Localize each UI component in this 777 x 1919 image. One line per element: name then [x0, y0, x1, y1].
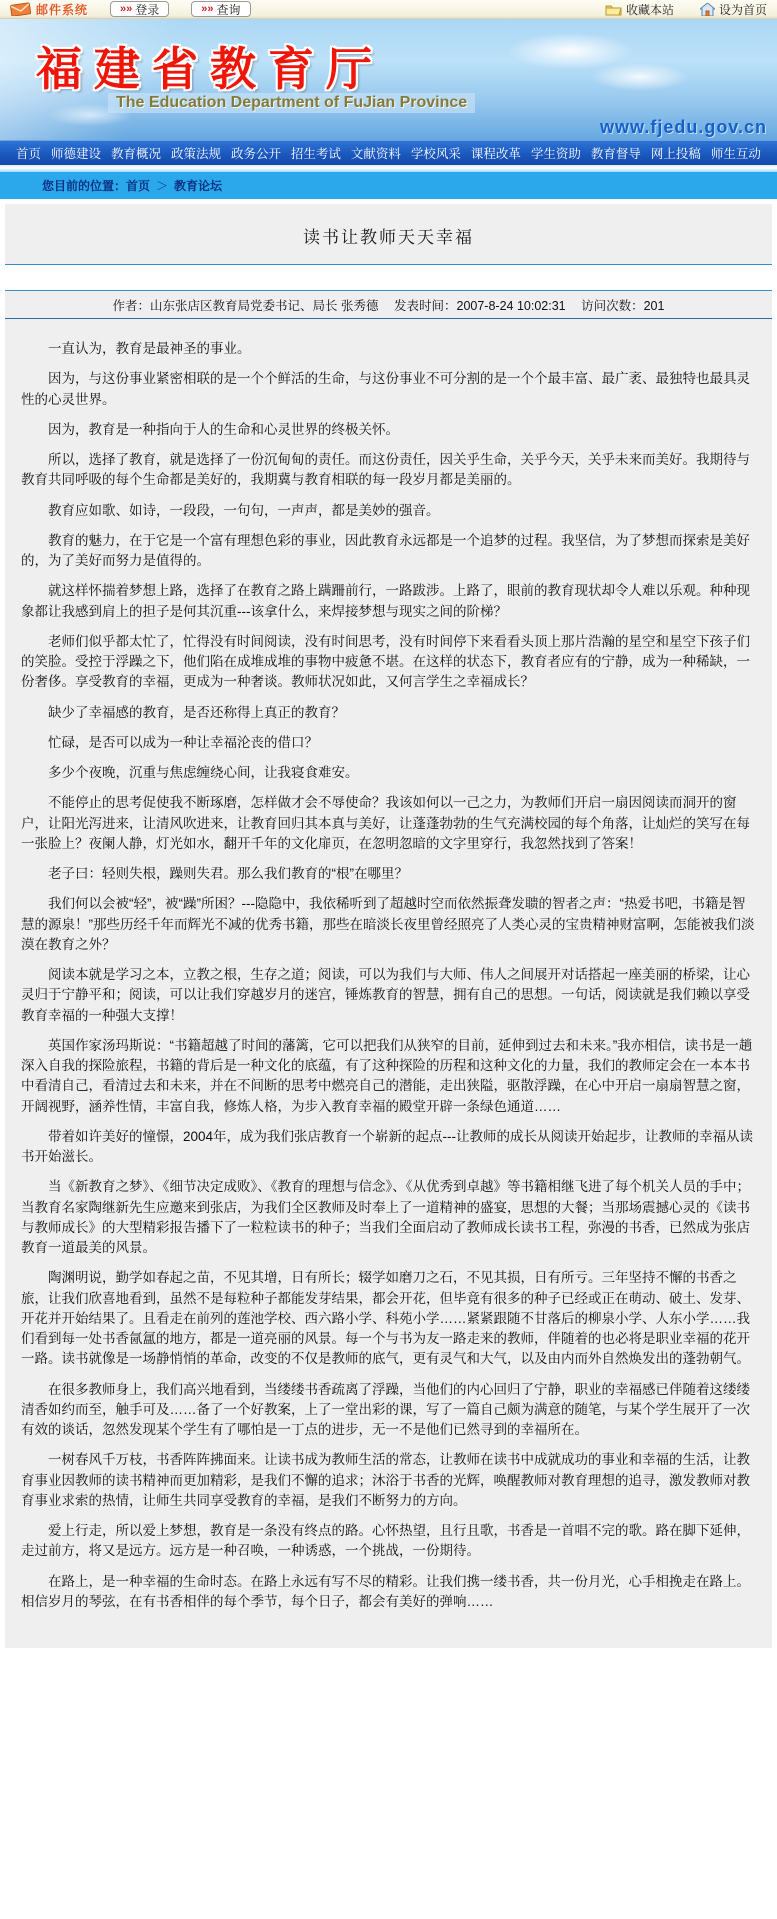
nav-item[interactable]: 招生考试 [291, 144, 341, 162]
article-paragraph: 就这样怀揣着梦想上路，选择了在教育之路上蹒跚前行，一路跋涉。上路了，眼前的教育现… [21, 581, 756, 622]
article-paragraph: 带着如许美好的憧憬，2004年，成为我们张店教育一个崭新的起点---让教师的成长… [21, 1127, 756, 1168]
nav-item[interactable]: 课程改革 [471, 144, 521, 162]
article-paragraph: 陶渊明说，勤学如春起之苗，不见其增，日有所长；辍学如磨刀之石，不见其损，日有所亏… [21, 1268, 756, 1369]
article-paragraph: 老子曰：轻则失根，躁则失君。那么我们教育的“根”在哪里？ [21, 864, 756, 884]
article-paragraph: 阅读本就是学习之本，立教之根，生存之道；阅读，可以为我们与大师、伟人之间展开对话… [21, 965, 756, 1026]
article-paragraph: 在路上，是一种幸福的生命时态。在路上永远有写不尽的精彩。让我们携一缕书香，共一份… [21, 1572, 756, 1613]
login-label: 登录 [135, 1, 159, 18]
article-paragraph: 一直认为，教育是最神圣的事业。 [21, 339, 756, 359]
site-title: 福建省教育厅 [36, 33, 384, 99]
article-title: 读书让教师天天幸福 [5, 223, 772, 248]
article-paragraph: 教育应如歌、如诗，一段段，一句句，一声声，都是美妙的强音。 [21, 501, 756, 521]
breadcrumb-separator: ＞ [156, 177, 168, 194]
article-paragraph: 老师们似乎都太忙了，忙得没有时间阅读，没有时间思考，没有时间停下来看看头顶上那片… [21, 632, 756, 693]
favorite-link[interactable]: 收藏本站 [605, 1, 674, 18]
content-panel: 读书让教师天天幸福 作者：山东张店区教育局党委书记、局长 张秀德 发表时间：20… [5, 204, 772, 1648]
article-paragraph: 爱上行走，所以爱上梦想，教育是一条没有终点的路。心怀热望，且行且歌，书香是一首唱… [21, 1521, 756, 1562]
query-button[interactable]: »» 查询 [191, 1, 250, 17]
nav-item[interactable]: 教育概况 [111, 144, 161, 162]
breadcrumb: 您目前的位置： 首页 ＞ 教育论坛 [0, 172, 777, 199]
article-paragraph: 多少个夜晚，沉重与焦虑缠绕心间，让我寝食难安。 [21, 763, 756, 783]
article-paragraph: 缺少了幸福感的教育，是否还称得上真正的教育？ [21, 703, 756, 723]
nav-item[interactable]: 首页 [16, 144, 41, 162]
article-paragraph: 英国作家汤玛斯说：“书籍超越了时间的藩篱，它可以把我们从狭窄的目前，延伸到过去和… [21, 1036, 756, 1117]
folder-icon [605, 3, 622, 16]
nav-item[interactable]: 师生互动 [711, 144, 761, 162]
chevrons-icon: »» [120, 4, 132, 15]
article-paragraph: 当《新教育之梦》、《细节决定成败》、《教育的理想与信念》、《从优秀到卓越》等书籍… [21, 1177, 756, 1258]
title-separator-band [5, 264, 772, 291]
breadcrumb-top-strip [0, 165, 777, 172]
site-subtitle: The Education Department of FuJian Provi… [108, 93, 475, 113]
breadcrumb-current-link[interactable]: 教育论坛 [174, 177, 222, 194]
top-utility-bar: 邮件系统 »» 登录 »» 查询 收藏本站 设为首页 [0, 0, 777, 19]
mail-system-label: 邮件系统 [36, 1, 88, 18]
home-icon [700, 3, 715, 16]
query-label: 查询 [217, 1, 241, 18]
nav-item[interactable]: 学校风采 [411, 144, 461, 162]
article-paragraph: 因为，与这份事业紧密相联的是一个个鲜活的生命，与这份事业不可分割的是一个个最丰富… [21, 369, 756, 410]
article-publish-time: 发表时间：2007-8-24 10:02:31 [394, 299, 566, 313]
nav-item[interactable]: 网上投稿 [651, 144, 701, 162]
article-paragraph: 教育的魅力，在于它是一个富有理想色彩的事业，因此教育永远都是一个追梦的过程。我坚… [21, 531, 756, 572]
nav-item[interactable]: 政策法规 [171, 144, 221, 162]
favorite-label: 收藏本站 [626, 1, 674, 18]
article-title-block: 读书让教师天天幸福 [5, 204, 772, 264]
article-paragraph: 在很多教师身上，我们高兴地看到，当缕缕书香疏离了浮躁，当他们的内心回归了宁静，职… [21, 1380, 756, 1441]
nav-item[interactable]: 文献资料 [351, 144, 401, 162]
article-paragraph: 因为，教育是一种指向于人的生命和心灵世界的终极关怀。 [21, 420, 756, 440]
nav-item[interactable]: 教育督导 [591, 144, 641, 162]
article-paragraph: 我们何以会被“轻”，被“躁”所困？---隐隐中，我依稀听到了超越时空而依然振聋发… [21, 894, 756, 955]
site-banner: 福建省教育厅 The Education Department of FuJia… [0, 19, 777, 140]
login-button[interactable]: »» 登录 [110, 1, 169, 17]
mail-icon [10, 2, 32, 16]
nav-item[interactable]: 学生资助 [531, 144, 581, 162]
chevrons-icon: »» [201, 4, 213, 15]
article-paragraph: 一树春风千万枝，书香阵阵拂面来。让读书成为教师生活的常态，让教师在读书中成就成功… [21, 1450, 756, 1511]
nav-item[interactable]: 师德建设 [51, 144, 101, 162]
article-body: 一直认为，教育是最神圣的事业。因为，与这份事业紧密相联的是一个个鲜活的生命，与这… [5, 319, 772, 1648]
article-paragraph: 忙碌，是否可以成为一种让幸福沦丧的借口？ [21, 733, 756, 753]
mail-system-link[interactable]: 邮件系统 [10, 1, 88, 18]
set-home-label: 设为首页 [719, 1, 767, 18]
breadcrumb-prefix: 您目前的位置： [42, 177, 126, 194]
article-meta: 作者：山东张店区教育局党委书记、局长 张秀德 发表时间：2007-8-24 10… [5, 291, 772, 319]
article-paragraph: 所以，选择了教育，就是选择了一份沉甸甸的责任。而这份责任，因关乎生命，关乎今天，… [21, 450, 756, 491]
article-visit-count: 访问次数：201 [581, 299, 664, 313]
nav-item[interactable]: 政务公开 [231, 144, 281, 162]
main-navbar: 首页师德建设教育概况政策法规政务公开招生考试文献资料学校风采课程改革学生资助教育… [0, 140, 777, 165]
breadcrumb-home-link[interactable]: 首页 [126, 177, 150, 194]
site-url[interactable]: www.fjedu.gov.cn [600, 117, 767, 138]
article-paragraph: 不能停止的思考促使我不断琢磨，怎样做才会不辱使命？我该如何以一己之力，为教师们开… [21, 793, 756, 854]
article-author: 作者：山东张店区教育局党委书记、局长 张秀德 [113, 299, 379, 313]
set-home-link[interactable]: 设为首页 [700, 1, 767, 18]
